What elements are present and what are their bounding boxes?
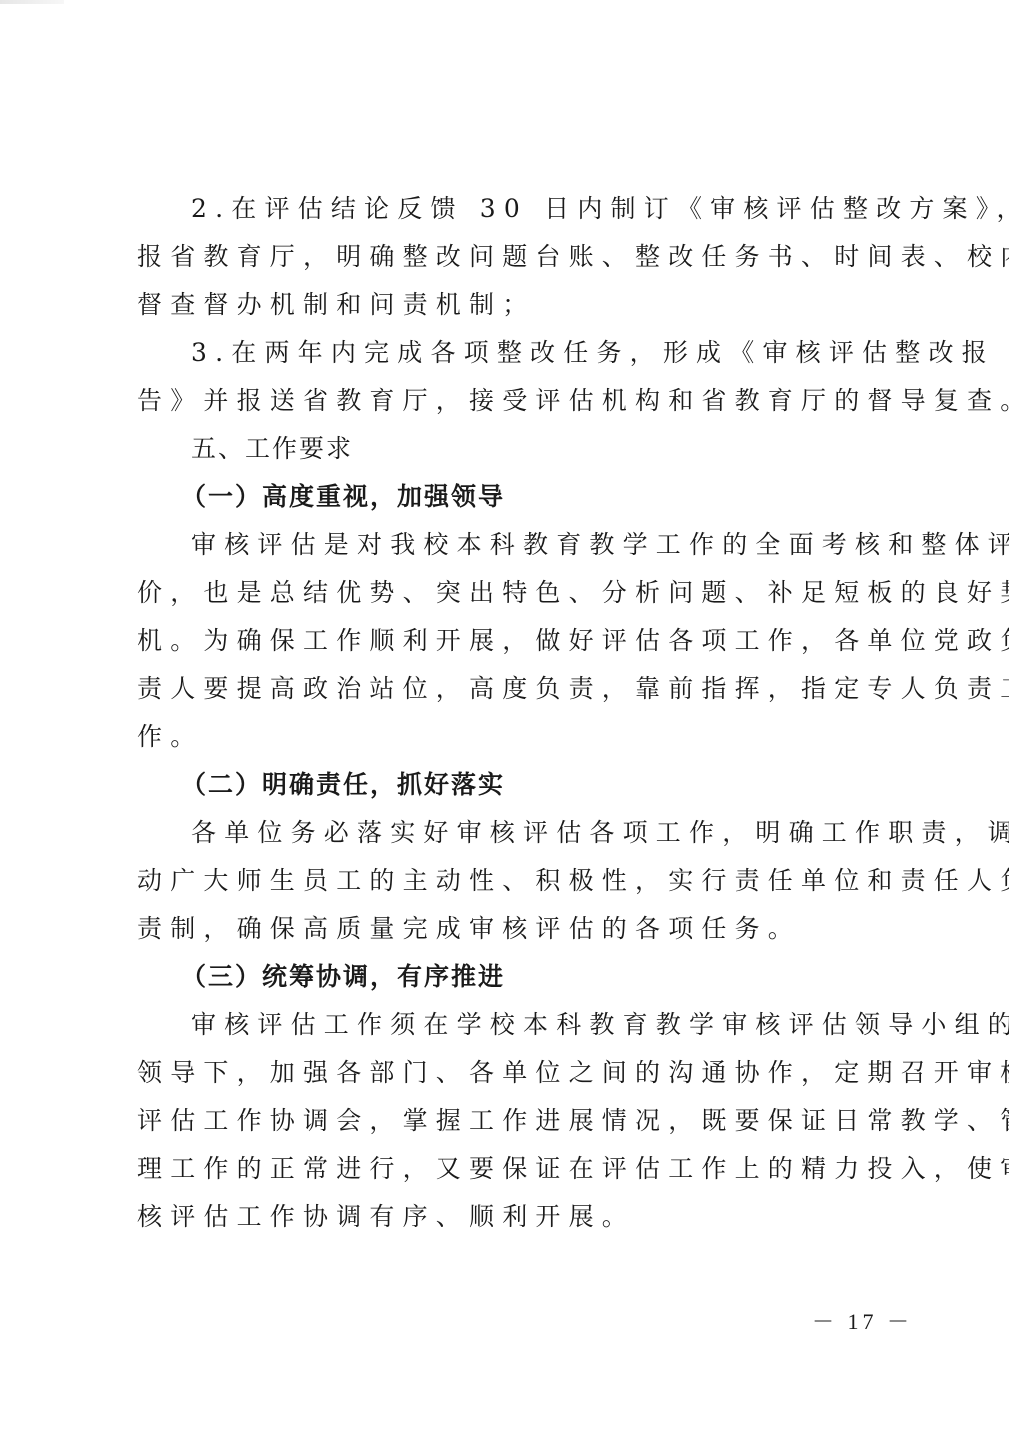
section-heading: 五、工作要求 — [137, 425, 889, 473]
list-item-3: 3.在两年内完成各项整改任务，形成《审核评估整改报 告》并报送省教育厅，接受评估… — [137, 329, 889, 425]
subsection-heading: （三）统筹协调，有序推进 — [137, 953, 889, 1001]
subsection-3: （三）统筹协调，有序推进 审核评估工作须在学校本科教育教学审核评估领导小组的 领… — [137, 953, 889, 1241]
text-line: 责制，确保高质量完成审核评估的各项任务。 — [137, 905, 889, 953]
text-line: 告》并报送省教育厅，接受评估机构和省教育厅的督导复查。 — [137, 377, 889, 425]
text-line: 报省教育厅，明确整改问题台账、整改任务书、时间表、校内 — [137, 233, 889, 281]
list-item-2: 2.在评估结论反馈 30 日内制订《审核评估整改方案》，并 报省教育厅，明确整改… — [137, 185, 889, 329]
text-line: 审核评估工作须在学校本科教育教学审核评估领导小组的 — [137, 1001, 889, 1049]
text-line: 各单位务必落实好审核评估各项工作，明确工作职责，调 — [137, 809, 889, 857]
text-line: 理工作的正常进行，又要保证在评估工作上的精力投入，使审 — [137, 1145, 889, 1193]
text-line: 领导下，加强各部门、各单位之间的沟通协作，定期召开审核 — [137, 1049, 889, 1097]
text-line: 督查督办机制和问责机制； — [137, 281, 889, 329]
text-line: 机。为确保工作顺利开展，做好评估各项工作，各单位党政负 — [137, 617, 889, 665]
text-line: 作。 — [137, 713, 889, 761]
text-line: 动广大师生员工的主动性、积极性，实行责任单位和责任人负 — [137, 857, 889, 905]
text-line: 核评估工作协调有序、顺利开展。 — [137, 1193, 889, 1241]
subsection-2: （二）明确责任，抓好落实 各单位务必落实好审核评估各项工作，明确工作职责，调 动… — [137, 761, 889, 953]
subsection-1: （一）高度重视，加强领导 审核评估是对我校本科教育教学工作的全面考核和整体评 价… — [137, 473, 889, 761]
document-page: 2.在评估结论反馈 30 日内制订《审核评估整改方案》，并 报省教育厅，明确整改… — [137, 185, 889, 1241]
text-line: 价，也是总结优势、突出特色、分析问题、补足短板的良好契 — [137, 569, 889, 617]
text-line: 2.在评估结论反馈 30 日内制订《审核评估整改方案》，并 — [137, 185, 889, 233]
subsection-heading: （一）高度重视，加强领导 — [137, 473, 889, 521]
text-line: 3.在两年内完成各项整改任务，形成《审核评估整改报 — [137, 329, 889, 377]
page-number: － 17 － — [812, 1305, 913, 1336]
scan-edge-shade — [0, 0, 64, 4]
text-line: 评估工作协调会，掌握工作进展情况，既要保证日常教学、管 — [137, 1097, 889, 1145]
subsection-heading: （二）明确责任，抓好落实 — [137, 761, 889, 809]
text-line: 责人要提高政治站位，高度负责，靠前指挥，指定专人负责工 — [137, 665, 889, 713]
text-line: 审核评估是对我校本科教育教学工作的全面考核和整体评 — [137, 521, 889, 569]
